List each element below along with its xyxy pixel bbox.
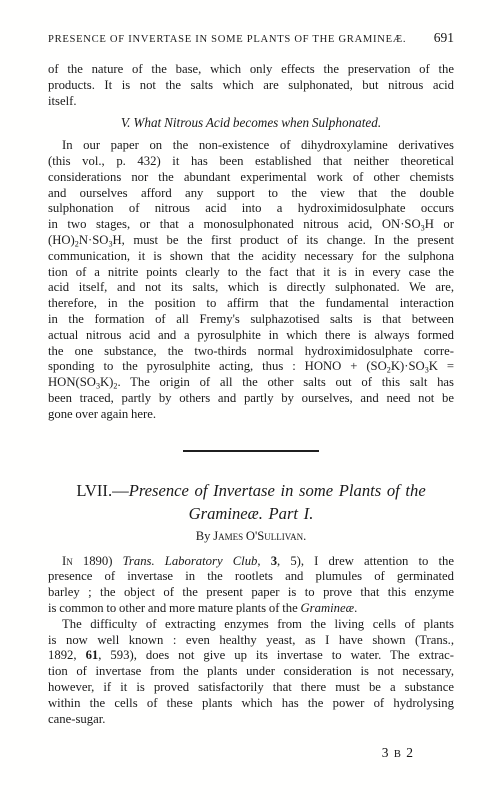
text-line: in two stages, or that a monosulphonated…	[48, 217, 454, 233]
text-segment: 2	[113, 381, 117, 390]
text-line: considerations nor the abundant experime…	[48, 170, 454, 186]
text-segment: Gramineæ	[301, 601, 355, 615]
text-line: 1892, 61, 593), does not give up its inv…	[48, 648, 454, 664]
text-line: tion of a nitrite points clearly to the …	[48, 265, 454, 281]
running-title: PRESENCE OF INVERTASE IN SOME PLANTS OF …	[48, 34, 406, 45]
text-line: products. It is not the salts which are …	[48, 78, 454, 94]
text-line: cane-sugar.	[48, 712, 454, 728]
journal-page: PRESENCE OF INVERTASE IN SOME PLANTS OF …	[0, 0, 500, 800]
text-line: barley ; the object of the present paper…	[48, 585, 454, 601]
text-line: of the nature of the base, which only ef…	[48, 62, 454, 78]
text-line: in the formation of all Fremy's sulphazo…	[48, 312, 454, 328]
paragraph: In our paper on the non-existence of dih…	[48, 138, 454, 422]
text-line: and ourselves afford any support to the …	[48, 186, 454, 202]
text-segment: Gramineæ. Part I.	[189, 504, 314, 523]
text-line: within the cells of these plants which h…	[48, 696, 454, 712]
text-segment: 61	[86, 648, 99, 662]
text-segment: B	[394, 749, 402, 760]
text-line: V. What Nitrous Acid becomes when Sulpho…	[48, 115, 454, 131]
text-line: gone over again here.	[48, 407, 454, 423]
continuation-paragraph: of the nature of the base, which only ef…	[48, 62, 454, 109]
signature-mark: 3 B 2	[382, 745, 414, 760]
text-line: By James O'Sullivan.	[48, 529, 454, 544]
page-footer: 3 B 2	[48, 745, 454, 761]
text-segment: 3	[96, 381, 100, 390]
text-segment: 2	[75, 239, 79, 248]
text-line: communication, it is shown that the acid…	[48, 249, 454, 265]
author-byline: By James O'Sullivan.	[48, 529, 454, 544]
paragraph: In 1890) Trans. Laboratory Club, 3, 5), …	[48, 554, 454, 617]
text-segment: 3	[108, 239, 112, 248]
text-segment: 3	[271, 554, 277, 568]
text-line: (HO)2N·SO3H, must be the first product o…	[48, 233, 454, 249]
text-line: The difficulty of extracting enzymes fro…	[48, 617, 454, 633]
text-line: Gramineæ. Part I.	[48, 502, 454, 525]
text-segment: Trans. Laboratory Club	[123, 554, 258, 568]
text-line: however, if it is proved satisfactorily …	[48, 680, 454, 696]
text-segment: James O'Sullivan.	[213, 529, 306, 543]
text-line: sulphonation of nitrous acid into a hydr…	[48, 201, 454, 217]
page-number: 691	[434, 30, 454, 46]
text-line: (this vol., p. 432) it has been establis…	[48, 154, 454, 170]
text-line: sponding to the pyrosulphite acting, thu…	[48, 359, 454, 375]
separator-rule	[183, 450, 319, 452]
running-header: PRESENCE OF INVERTASE IN SOME PLANTS OF …	[48, 30, 454, 44]
text-segment: 3	[425, 366, 429, 375]
text-segment: 3	[421, 223, 425, 232]
text-segment: 2	[387, 366, 391, 375]
text-line: itself.	[48, 94, 454, 110]
text-line: In 1890) Trans. Laboratory Club, 3, 5), …	[48, 554, 454, 570]
text-line: tion of invertase from the plants under …	[48, 664, 454, 680]
text-line: is common to other and more mature plant…	[48, 601, 454, 617]
text-line: the one substance, the two-thirds normal…	[48, 344, 454, 360]
text-line: acid itself, and not its salts, which is…	[48, 280, 454, 296]
text-line: In our paper on the non-existence of dih…	[48, 138, 454, 154]
text-line: been traced, partly by others and partly…	[48, 391, 454, 407]
text-line: LVII.—Presence of Invertase in some Plan…	[48, 479, 454, 502]
text-line: actual nitrous acid and a pyrosulphite i…	[48, 328, 454, 344]
text-line: is now well known : even healthy yeast, …	[48, 633, 454, 649]
text-column: PRESENCE OF INVERTASE IN SOME PLANTS OF …	[48, 30, 454, 727]
article-body: of the nature of the base, which only ef…	[48, 62, 454, 727]
section-heading: V. What Nitrous Acid becomes when Sulpho…	[48, 115, 454, 131]
text-segment: V. What Nitrous Acid becomes when Sulpho…	[121, 115, 381, 130]
paragraph: The difficulty of extracting enzymes fro…	[48, 617, 454, 728]
article-title: LVII.—Presence of Invertase in some Plan…	[48, 479, 454, 525]
text-segment: In	[62, 554, 73, 568]
text-line: presence of invertase in the rootlets an…	[48, 569, 454, 585]
text-segment: Presence of Invertase in some Plants of …	[129, 481, 426, 500]
text-line: therefore, in the position to affirm tha…	[48, 296, 454, 312]
text-line: HON(SO3K)2. The origin of all the other …	[48, 375, 454, 391]
